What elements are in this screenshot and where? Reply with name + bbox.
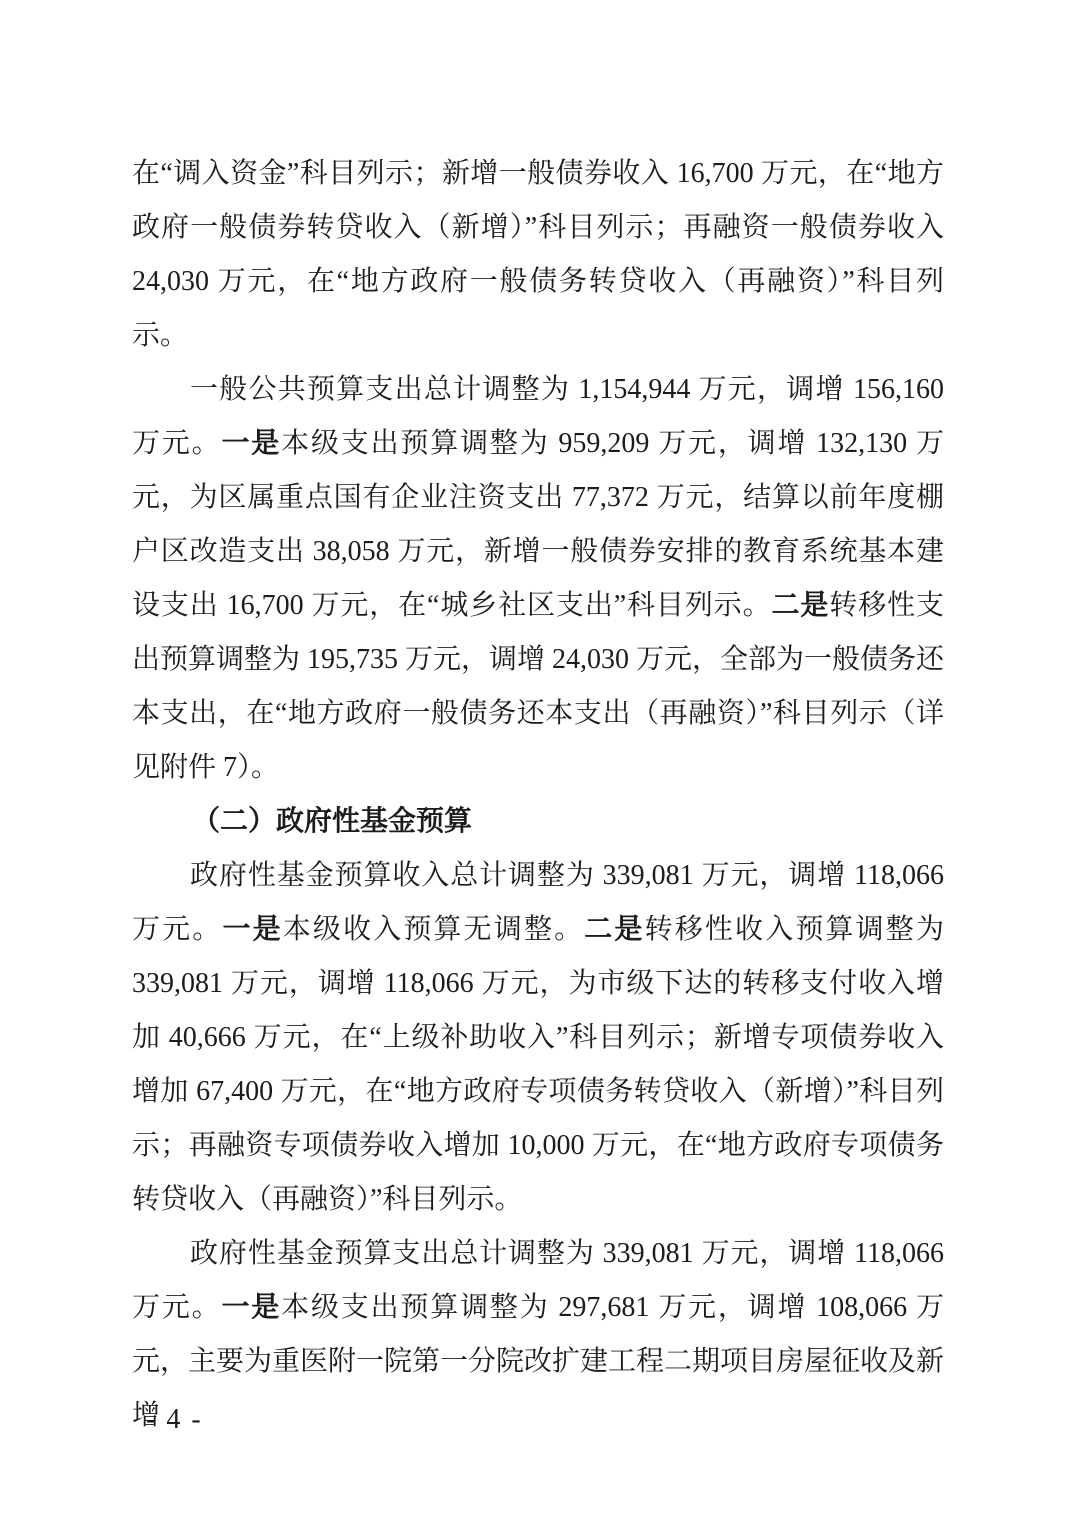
document-page: 在“调入资金”科目列示；新增一般债券收入 16,700 万元，在“地方政府一般债…: [0, 0, 1074, 1520]
emphasis-first-item: 一是: [221, 428, 281, 459]
emphasis-second-item: 二是: [584, 914, 644, 945]
section-heading-text: （二）政府性基金预算: [192, 806, 472, 837]
emphasis-second-item: 二是: [772, 590, 830, 621]
emphasis-first-item: 一是: [221, 1292, 281, 1323]
emphasis-first-item: 一是: [222, 914, 282, 945]
paragraph-continuation: 在“调入资金”科目列示；新增一般债券收入 16,700 万元，在“地方政府一般债…: [132, 147, 944, 363]
paragraph-fund-budget-revenue: 政府性基金预算收入总计调整为 339,081 万元，调增 118,066 万元。…: [132, 849, 944, 1227]
paragraph-text: 转移性收入预算调整为 339,081 万元，调增 118,066 万元，为市级下…: [132, 914, 944, 1215]
paragraph-text: 在“调入资金”科目列示；新增一般债券收入 16,700 万元，在“地方政府一般债…: [132, 158, 944, 351]
paragraph-general-budget-expenditure: 一般公共预算支出总计调整为 1,154,944 万元，调增 156,160 万元…: [132, 363, 944, 795]
section-heading-government-funds-budget: （二）政府性基金预算: [132, 795, 944, 849]
paragraph-fund-budget-expenditure: 政府性基金预算支出总计调整为 339,081 万元，调增 118,066 万元。…: [132, 1227, 944, 1443]
document-body: 在“调入资金”科目列示；新增一般债券收入 16,700 万元，在“地方政府一般债…: [132, 147, 944, 1443]
page-number: - 4 -: [146, 1400, 203, 1440]
paragraph-text: 本级收入预算无调整。: [283, 914, 585, 945]
